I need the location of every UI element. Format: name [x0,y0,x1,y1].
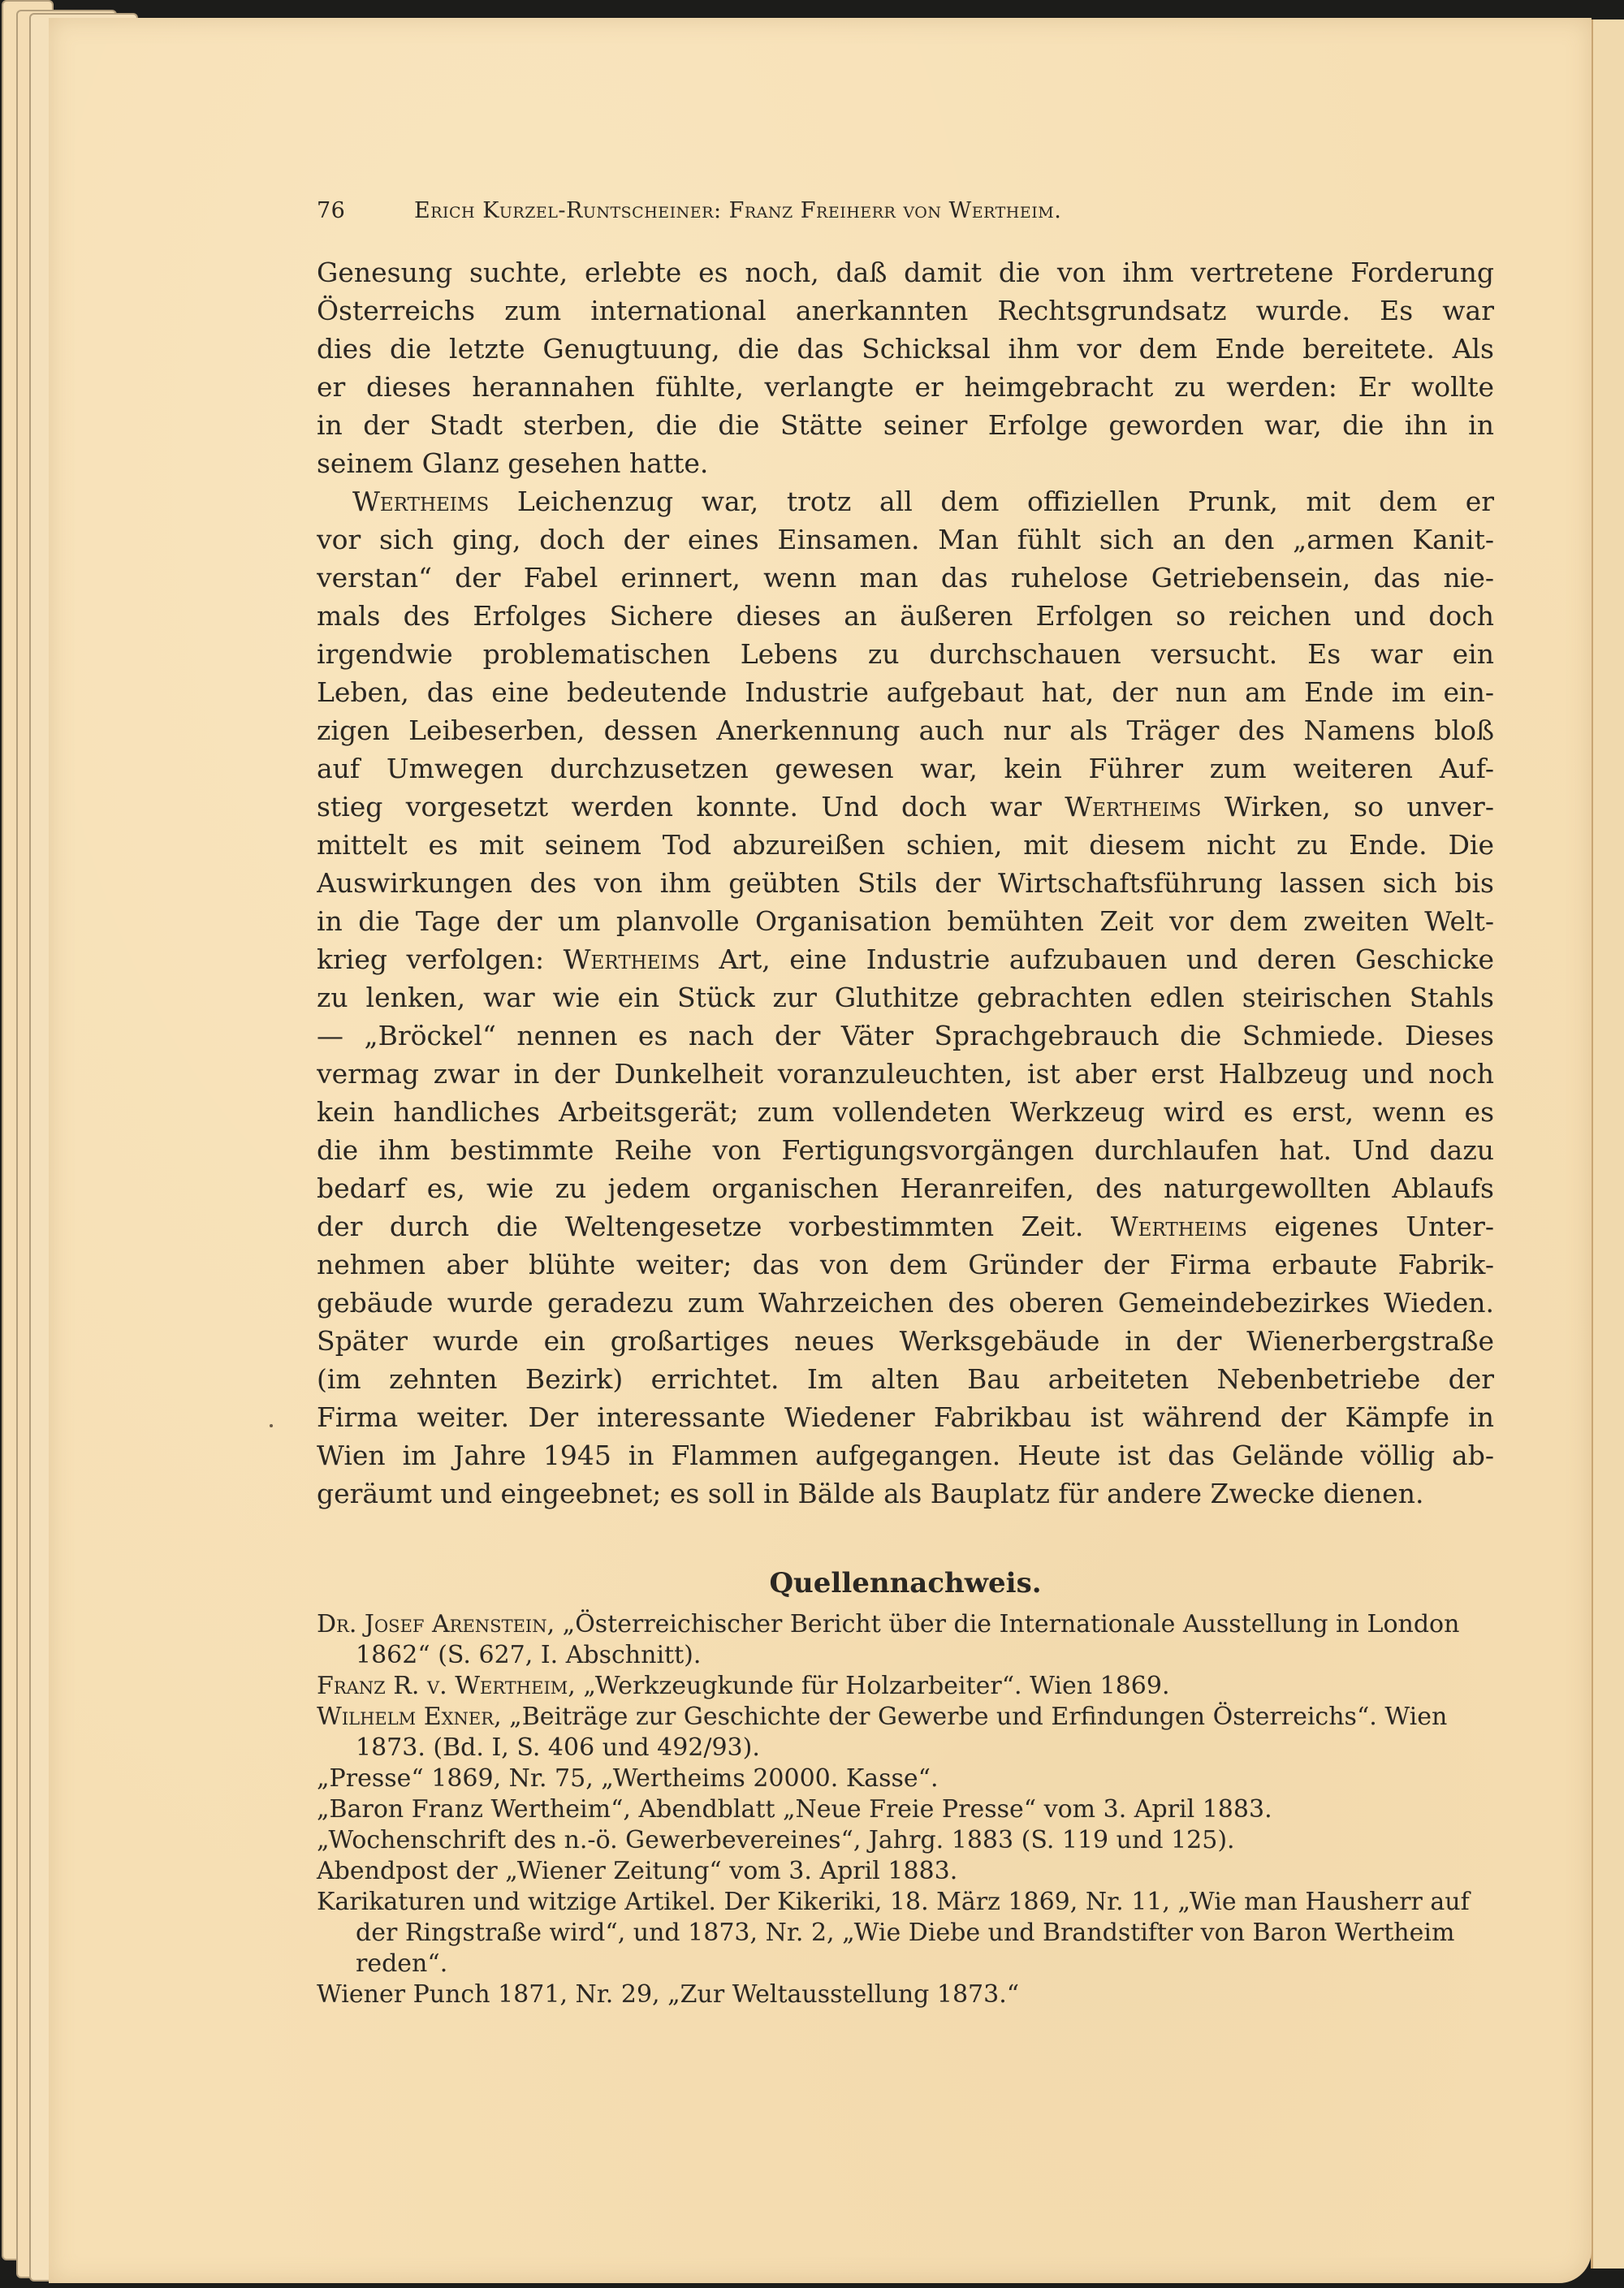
source-text: Abendpost der „Wiener Zeitung“ vom 3. Ap… [317,1857,957,1885]
text-line: nehmen aber blühte weiter; das von dem G… [317,1245,1494,1284]
source-author: Wilhelm Exner [317,1703,494,1731]
source-entry: Wiener Punch 1871, Nr. 29, „Zur Weltauss… [317,1979,1494,2010]
source-text: „Baron Franz Wertheim“, Abendblatt „Neue… [317,1795,1272,1824]
source-entry: Dr. Josef Arenstein, „Österreichischer B… [317,1609,1494,1671]
page-number: 76 [317,198,414,223]
text-line: stieg vorgesetzt werden konnte. Und doch… [317,788,1494,826]
text-line: Wien im Jahre 1945 in Flammen aufgegange… [317,1436,1494,1474]
source-list: Dr. Josef Arenstein, „Österreichischer B… [317,1609,1494,2010]
section-title: Quellennachweis. [317,1567,1494,1599]
text-line: Wertheims Leichenzug war, trotz all dem … [317,482,1494,520]
book-page: 76Erich Kurzel-Runtscheiner: Franz Freih… [49,18,1592,2283]
source-entry: Abendpost der „Wiener Zeitung“ vom 3. Ap… [317,1856,1494,1887]
paragraph: Wertheims Leichenzug war, trotz all dem … [317,482,1494,1513]
source-text: „Presse“ 1869, Nr. 75, „Wertheims 20000.… [317,1764,939,1793]
text-line: Firma weiter. Der interessante Wiedener … [317,1398,1494,1436]
text-line: in die Tage der um planvolle Organisatio… [317,902,1494,940]
text-line: zigen Leibeserben, dessen Anerkennung au… [317,711,1494,749]
source-text: , „Beiträge zur Geschichte der Gewerbe u… [356,1703,1447,1762]
source-entry: Karikaturen und witzige Artikel. Der Kik… [317,1887,1494,1979]
source-text: Wiener Punch 1871, Nr. 29, „Zur Weltauss… [317,1980,1019,2009]
paragraph: Genesung suchte, erlebte es noch, daß da… [317,253,1494,482]
source-entry: „Wochenschrift des n.-ö. Gewerbevereines… [317,1825,1494,1856]
source-entry: Wilhelm Exner, „Beiträge zur Geschichte … [317,1702,1494,1763]
text-line: dies die letzte Genugtuung, die das Schi… [317,330,1494,368]
source-text: Karikaturen und witzige Artikel. Der Kik… [317,1888,1470,1978]
text-line: Leben, das eine bedeutende Industrie auf… [317,673,1494,711]
text-line: kein handliches Arbeitsgerät; zum vollen… [317,1093,1494,1131]
text-line: gebäude wurde geradezu zum Wahrzeichen d… [317,1284,1494,1322]
header-separator: : [714,198,729,223]
text-line: er dieses herannahen fühlte, verlangte e… [317,368,1494,406]
next-page-edge [1591,19,1624,2269]
text-line: vor sich ging, doch der eines Einsamen. … [317,520,1494,559]
header-author: Erich Kurzel-Runtscheiner [414,198,714,223]
text-line: verstan“ der Fabel erinnert, wenn man da… [317,559,1494,597]
text-line: irgendwie problematischen Lebens zu durc… [317,635,1494,673]
running-head: 76Erich Kurzel-Runtscheiner: Franz Freih… [317,198,1535,223]
text-line: (im zehnten Bezirk) errichtet. Im alten … [317,1360,1494,1398]
text-line: krieg verfolgen: Wertheims Art, eine Ind… [317,940,1494,978]
ink-speck [270,1424,273,1427]
body-text: Genesung suchte, erlebte es noch, daß da… [317,253,1494,1513]
text-line: in der Stadt sterben, die die Stätte sei… [317,406,1494,444]
text-line: geräumt und eingeebnet; es soll in Bälde… [317,1474,1494,1513]
source-author: Dr. Josef Arenstein [317,1610,547,1638]
source-text: „Wochenschrift des n.-ö. Gewerbevereines… [317,1826,1235,1854]
header-title: Franz Freiherr von Wertheim. [729,198,1062,223]
text-line: Genesung suchte, erlebte es noch, daß da… [317,253,1494,291]
text-line: mittelt es mit seinem Tod abzureißen sch… [317,826,1494,864]
text-line: zu lenken, war wie ein Stück zur Gluthit… [317,978,1494,1017]
text-line: bedarf es, wie zu jedem organischen Hera… [317,1169,1494,1207]
text-line: Österreichs zum international anerkannte… [317,291,1494,330]
text-line: — „Bröckel“ nennen es nach der Väter Spr… [317,1017,1494,1055]
text-line: der durch die Weltengesetze vorbestimmte… [317,1207,1494,1245]
text-line: Auswirkungen des von ihm geübten Stils d… [317,864,1494,902]
text-line: mals des Erfolges Sichere dieses an äuße… [317,597,1494,635]
text-line: die ihm bestimmte Reihe von Fertigungsvo… [317,1131,1494,1169]
source-author: Franz R. v. Wertheim [317,1672,568,1700]
source-text: , „Werkzeugkunde für Holzarbeiter“. Wien… [568,1672,1169,1700]
text-line: Später wurde ein großartiges neues Werks… [317,1322,1494,1360]
text-line: seinem Glanz gesehen hatte. [317,444,1494,482]
text-line: vermag zwar in der Dunkelheit voranzuleu… [317,1055,1494,1093]
text-line: auf Umwegen durchzusetzen gewesen war, k… [317,749,1494,788]
source-entry: „Presse“ 1869, Nr. 75, „Wertheims 20000.… [317,1763,1494,1794]
source-entry: „Baron Franz Wertheim“, Abendblatt „Neue… [317,1794,1494,1825]
source-entry: Franz R. v. Wertheim, „Werkzeugkunde für… [317,1671,1494,1702]
